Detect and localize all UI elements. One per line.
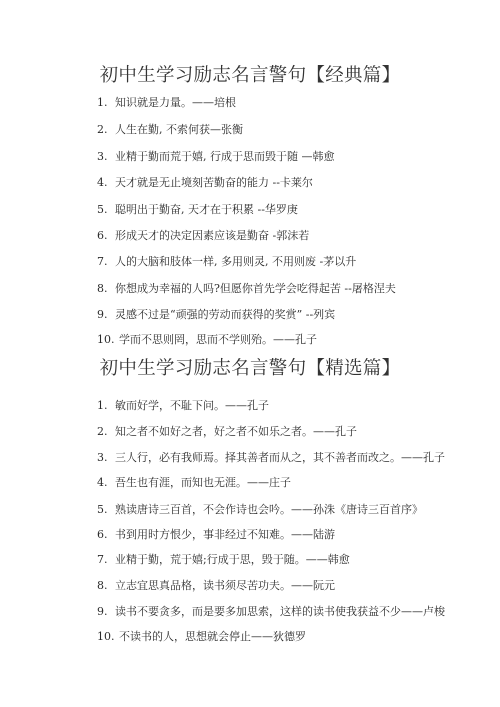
list-item: 2.人生在勤, 不索何获—张衡 xyxy=(97,123,243,137)
item-number: 3. xyxy=(97,451,115,465)
item-number: 3. xyxy=(97,150,115,164)
item-number: 6. xyxy=(97,229,115,243)
quote-text: 知之者不如好之者，好之者不如乐之者。——孔子 xyxy=(115,425,357,438)
quote-text: 人的大脑和肢体一样, 多用则灵, 不用则废 -茅以升 xyxy=(115,255,356,268)
quote-text: 天才就是无止境刻苦勤奋的能力 --卡莱尔 xyxy=(115,176,313,189)
list-item: 8.你想成为幸福的人吗?但愿你首先学会吃得起苦 --屠格涅夫 xyxy=(97,282,396,296)
section-title-selected: 初中生学习励志名言警句【精选篇】 xyxy=(0,354,500,380)
quote-text: 学而不思则罔，思而不学则殆。——孔子 xyxy=(119,333,317,346)
item-number: 2. xyxy=(97,425,115,439)
quote-text: 人生在勤, 不索何获—张衡 xyxy=(115,123,243,136)
list-item: 9.读书不要贪多，而是要多加思索，这样的读书使我获益不少——卢梭 xyxy=(97,605,445,619)
list-item: 6.书到用时方恨少，事非经过不知难。——陆游 xyxy=(97,528,335,542)
list-item: 7.业精于勤，荒于嬉;行成于思，毁于随。——韩愈 xyxy=(97,553,350,567)
list-item: 3.三人行，必有我师焉。择其善者而从之，其不善者而改之。——孔子 xyxy=(97,451,445,465)
list-item: 9.灵感不过是“顽强的劳动而获得的奖赏” --列宾 xyxy=(97,308,335,322)
list-item: 5.熟读唐诗三百首，不会作诗也会吟。——孙洙《唐诗三百首序》 xyxy=(97,503,423,517)
quote-text: 业精于勤而荒于嬉, 行成于思而毁于随 —韩愈 xyxy=(115,150,335,163)
quote-text: 书到用时方恨少，事非经过不知难。——陆游 xyxy=(115,528,335,541)
item-number: 6. xyxy=(97,528,115,542)
list-item: 10.学而不思则罔，思而不学则殆。——孔子 xyxy=(97,333,317,347)
item-number: 8. xyxy=(97,579,115,593)
list-item: 8.立志宜思真品格，读书须尽苦功夫。——阮元 xyxy=(97,579,335,593)
list-item: 6.形成天才的决定因素应该是勤奋 -郭沫若 xyxy=(97,229,309,243)
list-item: 2.知之者不如好之者，好之者不如乐之者。——孔子 xyxy=(97,425,357,439)
item-number: 2. xyxy=(97,123,115,137)
list-item: 4.天才就是无止境刻苦勤奋的能力 --卡莱尔 xyxy=(97,176,313,190)
item-number: 10. xyxy=(97,333,119,347)
quote-text: 三人行，必有我师焉。择其善者而从之，其不善者而改之。——孔子 xyxy=(115,451,445,464)
list-item: 7.人的大脑和肢体一样, 多用则灵, 不用则废 -茅以升 xyxy=(97,255,356,269)
item-number: 10. xyxy=(97,630,119,644)
list-item: 1.敏而好学，不耻下问。——孔子 xyxy=(97,399,269,413)
item-number: 4. xyxy=(97,176,115,190)
quote-text: 知识就是力量。——培根 xyxy=(115,96,236,109)
quote-text: 熟读唐诗三百首，不会作诗也会吟。——孙洙《唐诗三百首序》 xyxy=(115,503,423,516)
list-item: 1.知识就是力量。——培根 xyxy=(97,96,236,110)
quote-text: 不读书的人，思想就会停止——狄德罗 xyxy=(119,630,306,643)
quote-text: 读书不要贪多，而是要多加思索，这样的读书使我获益不少——卢梭 xyxy=(115,605,445,618)
quote-text: 业精于勤，荒于嬉;行成于思，毁于随。——韩愈 xyxy=(115,553,350,566)
quote-text: 敏而好学，不耻下问。——孔子 xyxy=(115,399,269,412)
quote-text: 形成天才的决定因素应该是勤奋 -郭沫若 xyxy=(115,229,309,242)
quote-text: 灵感不过是“顽强的劳动而获得的奖赏” --列宾 xyxy=(115,308,335,321)
quote-text: 吾生也有涯，而知也无涯。——庄子 xyxy=(115,476,291,489)
list-item: 10.不读书的人，思想就会停止——狄德罗 xyxy=(97,630,306,644)
list-item: 3.业精于勤而荒于嬉, 行成于思而毁于随 —韩愈 xyxy=(97,150,335,164)
item-number: 4. xyxy=(97,476,115,490)
item-number: 9. xyxy=(97,308,115,322)
item-number: 1. xyxy=(97,399,115,413)
quote-text: 立志宜思真品格，读书须尽苦功夫。——阮元 xyxy=(115,579,335,592)
quote-text: 你想成为幸福的人吗?但愿你首先学会吃得起苦 --屠格涅夫 xyxy=(115,282,396,295)
item-number: 1. xyxy=(97,96,115,110)
section-title-classic: 初中生学习励志名言警句【经典篇】 xyxy=(0,61,500,87)
item-number: 7. xyxy=(97,553,115,567)
item-number: 9. xyxy=(97,605,115,619)
list-item: 5.聪明出于勤奋, 天才在于积累 --华罗庚 xyxy=(97,203,298,217)
item-number: 5. xyxy=(97,503,115,517)
item-number: 5. xyxy=(97,203,115,217)
quote-text: 聪明出于勤奋, 天才在于积累 --华罗庚 xyxy=(115,203,298,216)
list-item: 4.吾生也有涯，而知也无涯。——庄子 xyxy=(97,476,291,490)
item-number: 8. xyxy=(97,282,115,296)
item-number: 7. xyxy=(97,255,115,269)
